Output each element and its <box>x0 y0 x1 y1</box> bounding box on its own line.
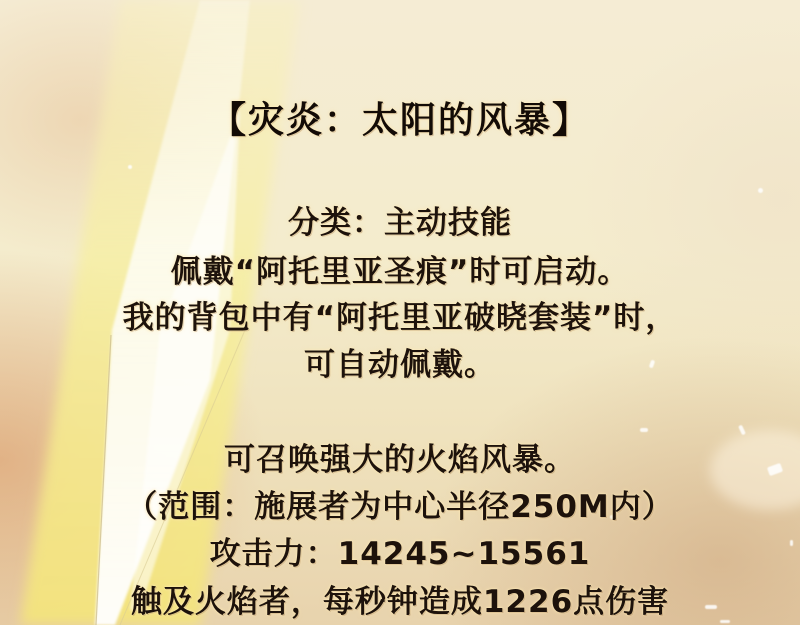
skill-activation-condition: 佩戴“阿托里亚圣痕”时可启动。 <box>0 246 800 291</box>
skill-category: 分类：主动技能 <box>0 197 800 242</box>
skill-auto-equip: 可自动佩戴。 <box>0 339 800 384</box>
skill-attack-power: 攻击力：14245~15561 <box>0 528 800 573</box>
skill-effect: 可召唤强大的火焰风暴。 <box>0 434 800 479</box>
skill-description-panel: 【灾炎：太阳的风暴】 分类：主动技能 佩戴“阿托里亚圣痕”时可启动。 我的背包中… <box>0 0 800 625</box>
skill-title: 【灾炎：太阳的风暴】 <box>0 92 800 143</box>
skill-range: （范围：施展者为中心半径250M内） <box>0 481 800 526</box>
skill-damage-per-second: 触及火焰者，每秒钟造成1226点伤害 <box>0 576 800 621</box>
skill-auto-equip-condition: 我的背包中有“阿托里亚破晓套装”时， <box>0 292 800 337</box>
